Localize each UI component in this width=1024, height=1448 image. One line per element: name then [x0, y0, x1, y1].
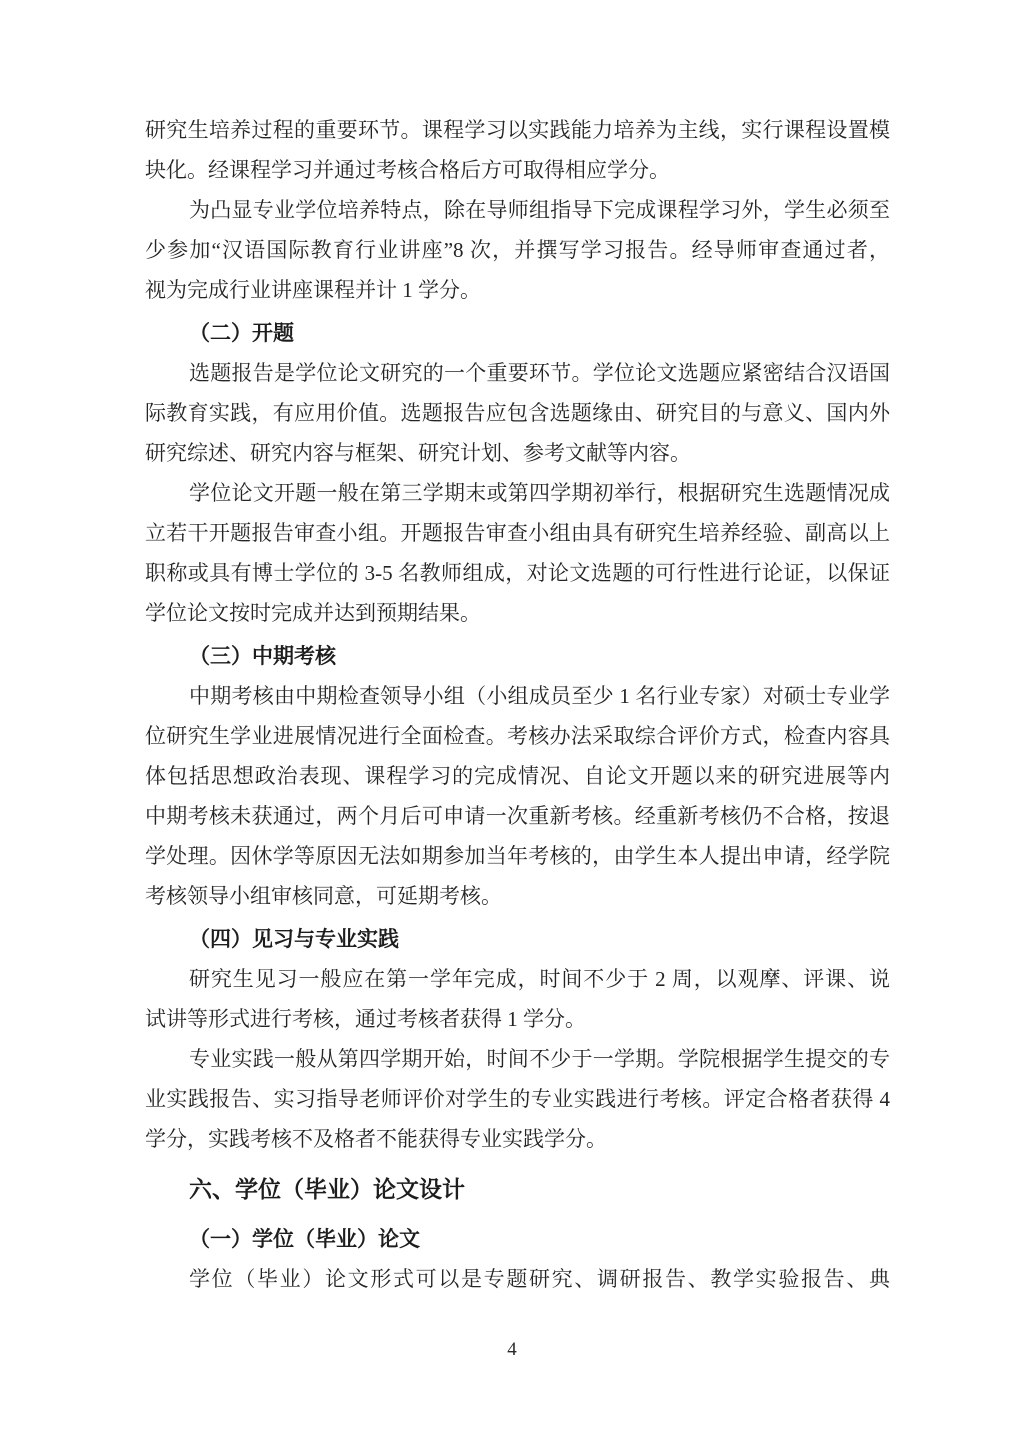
page-number: 4 — [0, 1338, 1024, 1362]
subsection-heading: （二）开题 — [145, 313, 890, 353]
body-line: 中期考核未获通过，两个月后可申请一次重新考核。经重新考核仍不合格，按退 — [145, 796, 890, 836]
document-body: 研究生培养过程的重要环节。课程学习以实践能力培养为主线，实行课程设置模 块化。经… — [145, 110, 890, 1299]
body-line: 选题报告是学位论文研究的一个重要环节。学位论文选题应紧密结合汉语国 — [145, 353, 890, 393]
body-line: 业实践报告、实习指导老师评价对学生的专业实践进行考核。评定合格者获得 4 — [145, 1079, 890, 1119]
document-page: 研究生培养过程的重要环节。课程学习以实践能力培养为主线，实行课程设置模 块化。经… — [0, 0, 1024, 1448]
subsection-heading: （三）中期考核 — [145, 636, 890, 676]
body-line: 学处理。因休学等原因无法如期参加当年考核的，由学生本人提出申请，经学院 — [145, 836, 890, 876]
body-line: 学位（毕业）论文形式可以是专题研究、调研报告、教学实验报告、典 — [145, 1259, 890, 1299]
subsection-heading: （一）学位（毕业）论文 — [145, 1219, 890, 1259]
body-line: 研究综述、研究内容与框架、研究计划、参考文献等内容。 — [145, 433, 890, 473]
body-line: 试讲等形式进行考核，通过考核者获得 1 学分。 — [145, 999, 890, 1039]
body-line: 立若干开题报告审查小组。开题报告审查小组由具有研究生培养经验、副高以上 — [145, 513, 890, 553]
body-line: 研究生培养过程的重要环节。课程学习以实践能力培养为主线，实行课程设置模 — [145, 110, 890, 150]
body-line: 中期考核由中期检查领导小组（小组成员至少 1 名行业专家）对硕士专业学 — [145, 676, 890, 716]
subsection-heading: （四）见习与专业实践 — [145, 919, 890, 959]
body-line: 学分，实践考核不及格者不能获得专业实践学分。 — [145, 1119, 890, 1159]
body-line: 专业实践一般从第四学期开始，时间不少于一学期。学院根据学生提交的专 — [145, 1039, 890, 1079]
body-line: 际教育实践，有应用价值。选题报告应包含选题缘由、研究目的与意义、国内外 — [145, 393, 890, 433]
body-line: 视为完成行业讲座课程并计 1 学分。 — [145, 270, 890, 310]
body-line: 位研究生学业进展情况进行全面检查。考核办法采取综合评价方式，检查内容具 — [145, 716, 890, 756]
body-line: 职称或具有博士学位的 3-5 名教师组成，对论文选题的可行性进行论证，以保证 — [145, 553, 890, 593]
body-line: 体包括思想政治表现、课程学习的完成情况、自论文开题以来的研究进展等内容。 — [145, 756, 890, 796]
body-line: 研究生见习一般应在第一学年完成，时间不少于 2 周，以观摩、评课、说课、 — [145, 959, 890, 999]
body-line: 少参加“汉语国际教育行业讲座”8 次，并撰写学习报告。经导师审查通过者， — [145, 230, 890, 270]
section-heading: 六、学位（毕业）论文设计 — [145, 1167, 890, 1213]
body-line: 学位论文开题一般在第三学期末或第四学期初举行，根据研究生选题情况成 — [145, 473, 890, 513]
body-line: 为凸显专业学位培养特点，除在导师组指导下完成课程学习外，学生必须至 — [145, 190, 890, 230]
body-line: 块化。经课程学习并通过考核合格后方可取得相应学分。 — [145, 150, 890, 190]
body-line: 考核领导小组审核同意，可延期考核。 — [145, 876, 890, 916]
body-line: 学位论文按时完成并达到预期结果。 — [145, 593, 890, 633]
